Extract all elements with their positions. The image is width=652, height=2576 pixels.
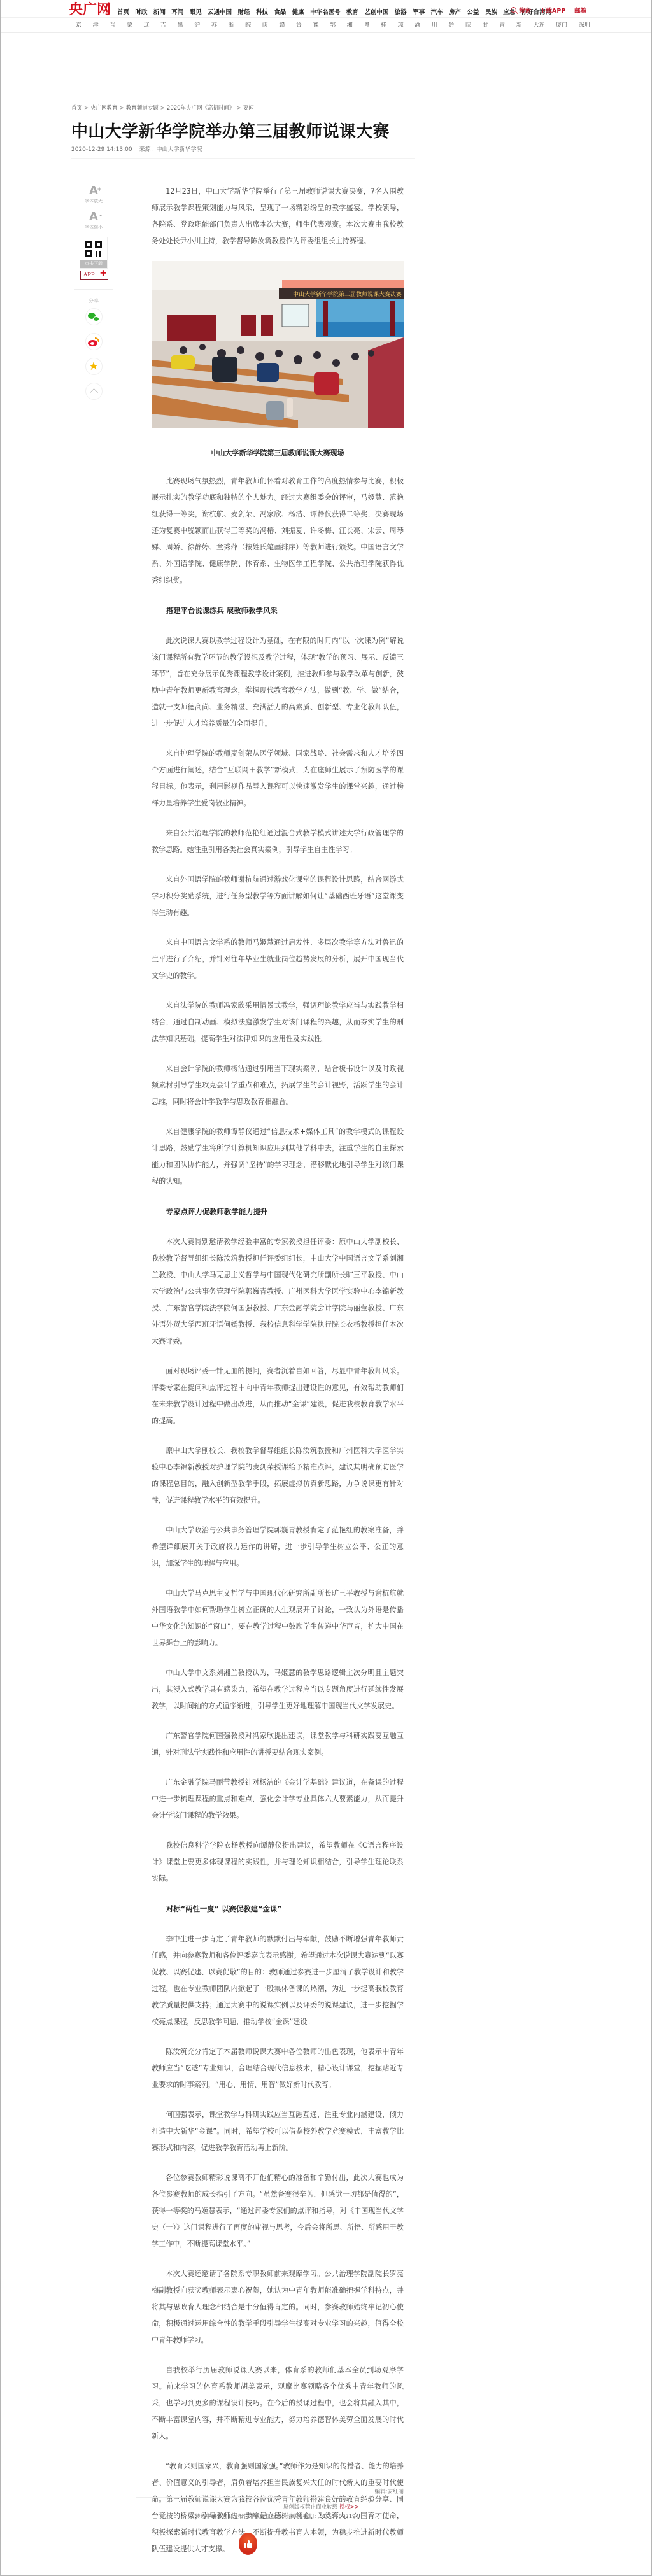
region-nav-item-2[interactable]: 晋 bbox=[110, 20, 115, 29]
breadcrumb-item-0[interactable]: 首页 bbox=[71, 105, 82, 111]
nav-item-1[interactable]: 时政 bbox=[135, 9, 147, 16]
copyright-notice: 原创版权禁止商业转载 授权>> bbox=[136, 2503, 359, 2510]
region-nav-item-5[interactable]: 吉 bbox=[160, 20, 166, 29]
nav-item-12[interactable]: 艺创中国 bbox=[364, 9, 388, 16]
article-body: 12月23日，中山大学新华学院举行了第三届教师说课大赛决赛，7名入围教师展示教学… bbox=[152, 183, 404, 2571]
article-paragraph: 自我校举行历届教师说课大赛以来，体育系的教师们基本全员到场观摩学习。前来学习的体… bbox=[152, 2362, 404, 2445]
primary-nav-row: 央广网 首页时政新闻耳闻眼见云遇中国财经科技食品健康中华名医号教育艺创中国旅游军… bbox=[69, 3, 558, 18]
nav-item-14[interactable]: 军事 bbox=[413, 9, 425, 16]
region-nav-item-25[interactable]: 青 bbox=[499, 20, 505, 29]
search-icon bbox=[511, 7, 516, 13]
region-nav-item-17[interactable]: 粤 bbox=[364, 20, 369, 29]
nav-item-0[interactable]: 首页 bbox=[117, 9, 129, 16]
sidebar-divider bbox=[74, 289, 113, 290]
share-wechat-button[interactable] bbox=[85, 308, 103, 325]
like-button[interactable] bbox=[239, 2533, 257, 2555]
article-paragraph: 广东警官学院何国强教授对冯家欣提出建议，课堂教学与科研实践要互融互通，针对刑法学… bbox=[152, 1728, 404, 1761]
primary-nav: 首页时政新闻耳闻眼见云遇中国财经科技食品健康中华名医号教育艺创中国旅游军事汽车房… bbox=[117, 4, 558, 17]
font-decrease-label: 字体缩小 bbox=[73, 224, 115, 230]
region-nav-item-16[interactable]: 湘 bbox=[347, 20, 353, 29]
region-nav-item-10[interactable]: 皖 bbox=[245, 20, 251, 29]
nav-item-6[interactable]: 财经 bbox=[237, 9, 250, 16]
qr-download-label: 点击下载 bbox=[80, 260, 107, 268]
nav-item-11[interactable]: 教育 bbox=[346, 9, 358, 16]
region-nav-item-7[interactable]: 沪 bbox=[194, 20, 200, 29]
breadcrumb-item-3[interactable]: 2020年央广网《高招时间》 bbox=[167, 105, 235, 111]
section-heading: 对标“两性一度” 以赛促教建“金课” bbox=[152, 1900, 404, 1917]
region-nav-item-15[interactable]: 鄂 bbox=[330, 20, 336, 29]
breadcrumb-separator: > bbox=[160, 105, 165, 111]
mailbox-link[interactable]: 邮箱 bbox=[574, 6, 586, 15]
publish-datetime: 2020-12-29 14:13:00 bbox=[71, 146, 132, 153]
region-nav-item-21[interactable]: 川 bbox=[432, 20, 437, 29]
region-nav-item-12[interactable]: 赣 bbox=[279, 20, 285, 29]
regional-nav: 京津晋蒙辽吉黑沪苏浙皖闽赣鲁豫鄂湘粤桂琼渝川黔陕甘青新大连厦门深圳 bbox=[76, 20, 601, 29]
article-intro: 12月23日，中山大学新华学院举行了第三届教师说课大赛决赛，7名入围教师展示教学… bbox=[152, 183, 404, 250]
lecture-hall-photo-illustration: 中山大学新华学院第三届教师说课大赛决赛 bbox=[152, 261, 404, 428]
article-paragraph: 本次大赛特别邀请教学经验丰富的专家教授担任评委：原中山大学副校长、我校教学督导组… bbox=[152, 1234, 404, 1350]
article-paragraph: 来自健康学院的教师谭静仪通过“信息技术+媒体工具”的教学模式的课程设计思路，鼓励… bbox=[152, 1124, 404, 1190]
nav-item-16[interactable]: 房产 bbox=[449, 9, 461, 16]
qzone-star-icon: ★z bbox=[89, 361, 99, 372]
contact-info: 转载申请事宜以及报告非法侵权行为，请联系我们：010-56807194 bbox=[136, 2512, 359, 2520]
article-photo: 中山大学新华学院第三届教师说课大赛决赛 bbox=[152, 261, 404, 428]
region-nav-item-1[interactable]: 津 bbox=[93, 20, 99, 29]
qr-code-icon bbox=[85, 241, 102, 257]
breadcrumb-separator: > bbox=[120, 105, 124, 111]
breadcrumb-item-4[interactable]: 要闻 bbox=[243, 105, 254, 111]
region-nav-item-23[interactable]: 陕 bbox=[465, 20, 471, 29]
nav-item-4[interactable]: 眼见 bbox=[190, 9, 202, 16]
back-to-top-button[interactable] bbox=[85, 383, 103, 400]
article-meta: 2020-12-29 14:13:00 来源：中山大学新华学院 bbox=[71, 145, 207, 153]
authorization-link[interactable]: 授权>> bbox=[339, 2504, 359, 2510]
region-nav-item-3[interactable]: 蒙 bbox=[127, 20, 132, 29]
region-nav-item-22[interactable]: 黔 bbox=[448, 20, 454, 29]
article-paragraph: 此次说课大赛以教学过程设计为基础，在有限的时间内“以一次课为例”解说该门课程所有… bbox=[152, 633, 404, 732]
region-nav-item-24[interactable]: 甘 bbox=[483, 20, 488, 29]
region-nav-item-14[interactable]: 豫 bbox=[313, 20, 319, 29]
font-decrease-icon: A- bbox=[89, 211, 98, 223]
article-paragraph: 何国强表示，课堂教学与科研实践应当互融互通，注重专业内涵建设，倾力打造中大新华“… bbox=[152, 2107, 404, 2156]
article-paragraph: 来自护理学院的教师麦剑荣从医学领域、国家战略、社会需求和人才培养四个方面进行阐述… bbox=[152, 746, 404, 812]
site-logo[interactable]: 央广网 bbox=[69, 3, 111, 18]
article-paragraph: 来自外国语学院的教师谢杭航通过游戏化课堂的课程设计思路，结合网游式学习积分奖励系… bbox=[152, 872, 404, 921]
article-paragraph: 来自法学院的教师冯家欣采用情景式教学，强调理论教学应当与实践教学相结合，通过自制… bbox=[152, 998, 404, 1047]
article-tools-sidebar: A+ 字体放大 A- 字体缩小 点击下载 APP✚ 分享 ★z bbox=[73, 185, 115, 407]
article-paragraph: 我校信息科学学院衣杨教授向谭静仪提出建议，希望教师在《C语言程序设计》课堂上要更… bbox=[152, 1837, 404, 1887]
title-divider bbox=[71, 158, 415, 159]
region-nav-item-13[interactable]: 鲁 bbox=[296, 20, 302, 29]
region-nav-item-27[interactable]: 大连 bbox=[533, 20, 544, 29]
weibo-icon bbox=[88, 337, 99, 346]
nav-divider bbox=[1, 17, 651, 18]
header-actions: 搜索 下载APP 邮箱 bbox=[511, 6, 595, 15]
region-nav-item-28[interactable]: 厦门 bbox=[556, 20, 567, 29]
plus-icon: ✚ bbox=[100, 269, 106, 277]
region-nav-item-20[interactable]: 渝 bbox=[415, 20, 420, 29]
article-paragraph: 陈汝筑充分肯定了本届教师说课大赛中各位教师的出色表现，他表示中青年教师应当“吃透… bbox=[152, 2044, 404, 2093]
region-nav-item-19[interactable]: 琼 bbox=[398, 20, 404, 29]
photo-caption: 中山大学新华学院第三届教师说课大赛现场 bbox=[152, 448, 404, 459]
nav-item-13[interactable]: 旅游 bbox=[395, 9, 407, 16]
nav-item-7[interactable]: 科技 bbox=[256, 9, 268, 16]
region-nav-item-18[interactable]: 桂 bbox=[381, 20, 386, 29]
region-nav-item-26[interactable]: 新 bbox=[516, 20, 522, 29]
nav-item-3[interactable]: 耳闻 bbox=[171, 9, 183, 16]
article-paragraph: 面对现场评委一针见血的提问，赛者沉着自如回答，尽显中青年教师风采。评委专家在提问… bbox=[152, 1363, 404, 1429]
breadcrumb-item-1[interactable]: 央广网教育 bbox=[90, 105, 118, 111]
breadcrumb: 首页>央广网教育>教育频道专题>2020年央广网《高招时间》>要闻 bbox=[71, 104, 254, 111]
region-nav-item-9[interactable]: 浙 bbox=[228, 20, 234, 29]
nav-item-10[interactable]: 中华名医号 bbox=[310, 9, 341, 16]
breadcrumb-separator: > bbox=[84, 105, 89, 111]
article-paragraph: 广东金融学院马丽莹教授针对杨洁的《会计学基础》建议道，在备课的过程中进一步梳理课… bbox=[152, 1774, 404, 1824]
nav-item-5[interactable]: 云遇中国 bbox=[208, 9, 232, 16]
nav-item-8[interactable]: 食品 bbox=[274, 9, 286, 16]
article-paragraph: 本次大赛还邀请了各院系专职教师前来观摩学习。公共治理学院副院长罗亮梅副教授向获奖… bbox=[152, 2266, 404, 2349]
region-nav-item-6[interactable]: 黑 bbox=[178, 20, 183, 29]
share-qzone-button[interactable]: ★z bbox=[85, 358, 103, 375]
breadcrumb-separator: > bbox=[237, 105, 241, 111]
share-label: 分享 bbox=[73, 297, 115, 304]
svg-text:中山大学新华学院第三届教师说课大赛决赛: 中山大学新华学院第三届教师说课大赛决赛 bbox=[293, 290, 402, 298]
page-title: 中山大学新华学院举办第三届教师说课大赛 bbox=[71, 118, 390, 142]
font-increase-icon: A+ bbox=[89, 185, 98, 197]
font-decrease-button[interactable]: A- 字体缩小 bbox=[73, 211, 115, 230]
app-download-qr[interactable]: 点击下载 bbox=[80, 237, 108, 269]
nav-item-17[interactable]: 公益 bbox=[467, 9, 479, 16]
article-paragraph: 来自会计学院的教师杨洁通过引用当下现实案例，结合板书设计以及时政视频素材引导学生… bbox=[152, 1061, 404, 1110]
article-paragraph: 李中生进一步肯定了青年教师的默默付出与奉献，鼓励不断增强青年教师责任感，并向参赛… bbox=[152, 1931, 404, 2030]
article-paragraph: 来自公共治理学院的教师范艳红通过混合式教学模式讲述大学行政管理学的教学思路。她注… bbox=[152, 825, 404, 858]
article-paragraph: 中山大学政治与公共事务管理学院郭巍青教授肯定了范艳红的教案准备，并希望详细展开关… bbox=[152, 1522, 404, 1572]
font-increase-button[interactable]: A+ 字体放大 bbox=[73, 185, 115, 204]
share-weibo-button[interactable] bbox=[85, 333, 103, 350]
thumbs-up-icon bbox=[244, 2540, 252, 2548]
region-nav-item-4[interactable]: 辽 bbox=[143, 20, 149, 29]
article-content: 比赛现场气氛热烈，青年教师们怀着对教育工作的高度热情参与比赛，积极展示扎实的教学… bbox=[152, 473, 404, 2558]
article-end-divider bbox=[136, 2497, 359, 2498]
article-paragraph: 中山大学中文系刘湘兰教授认为，马姬慧的教学思路逻辑主次分明且主题突出，其浸入式教… bbox=[152, 1665, 404, 1715]
chevron-up-icon bbox=[90, 388, 98, 397]
font-increase-label: 字体放大 bbox=[73, 198, 115, 204]
section-heading: 专家点评力促教师教学能力提升 bbox=[152, 1203, 404, 1220]
breadcrumb-item-2[interactable]: 教育频道专题 bbox=[126, 105, 159, 111]
article-paragraph: 原中山大学副校长、我校教学督导组组长陈汝筑教授和广州医科大学医学实验中心李锦新教… bbox=[152, 1443, 404, 1509]
article-source: 来源：中山大学新华学院 bbox=[139, 146, 202, 153]
region-nav-item-29[interactable]: 深圳 bbox=[579, 20, 590, 29]
article-paragraph: 中山大学马克思主义哲学与中国现代化研究所副所长旷三平教授与谢杭航就外国语教学中如… bbox=[152, 1585, 404, 1652]
article-paragraph: 各位参赛教师精彩说课离不开他们精心的准备和辛勤付出，此次大赛也成为各位参赛教师的… bbox=[152, 2170, 404, 2253]
app-badge[interactable]: APP✚ bbox=[80, 271, 108, 280]
nav-item-15[interactable]: 汽车 bbox=[431, 9, 443, 16]
search-link[interactable]: 搜索 bbox=[511, 6, 531, 15]
nav-item-2[interactable]: 新闻 bbox=[153, 9, 166, 16]
article-paragraph: 来自中国语言文学系的教师马姬慧通过启发性、多层次教学等方法对鲁迅的生平进行了介绍… bbox=[152, 935, 404, 984]
wechat-icon bbox=[88, 313, 99, 322]
article-paragraph: 比赛现场气氛热烈，青年教师们怀着对教育工作的高度热情参与比赛，积极展示扎实的教学… bbox=[152, 473, 404, 589]
region-nav-item-11[interactable]: 闽 bbox=[262, 20, 268, 29]
section-heading: 搭建平台说课练兵 展教师教学风采 bbox=[152, 602, 404, 619]
nav-item-18[interactable]: 民族 bbox=[485, 9, 497, 16]
nav-item-9[interactable]: 健康 bbox=[292, 9, 304, 16]
download-app-link[interactable]: 下载APP bbox=[540, 6, 565, 15]
region-nav-item-8[interactable]: 苏 bbox=[211, 20, 217, 29]
editor-credit: 编辑:安红丽 bbox=[152, 2488, 404, 2495]
top-navigation: 央广网 首页时政新闻耳闻眼见云遇中国财经科技食品健康中华名医号教育艺创中国旅游军… bbox=[1, 0, 651, 33]
region-nav-item-0[interactable]: 京 bbox=[76, 20, 81, 29]
